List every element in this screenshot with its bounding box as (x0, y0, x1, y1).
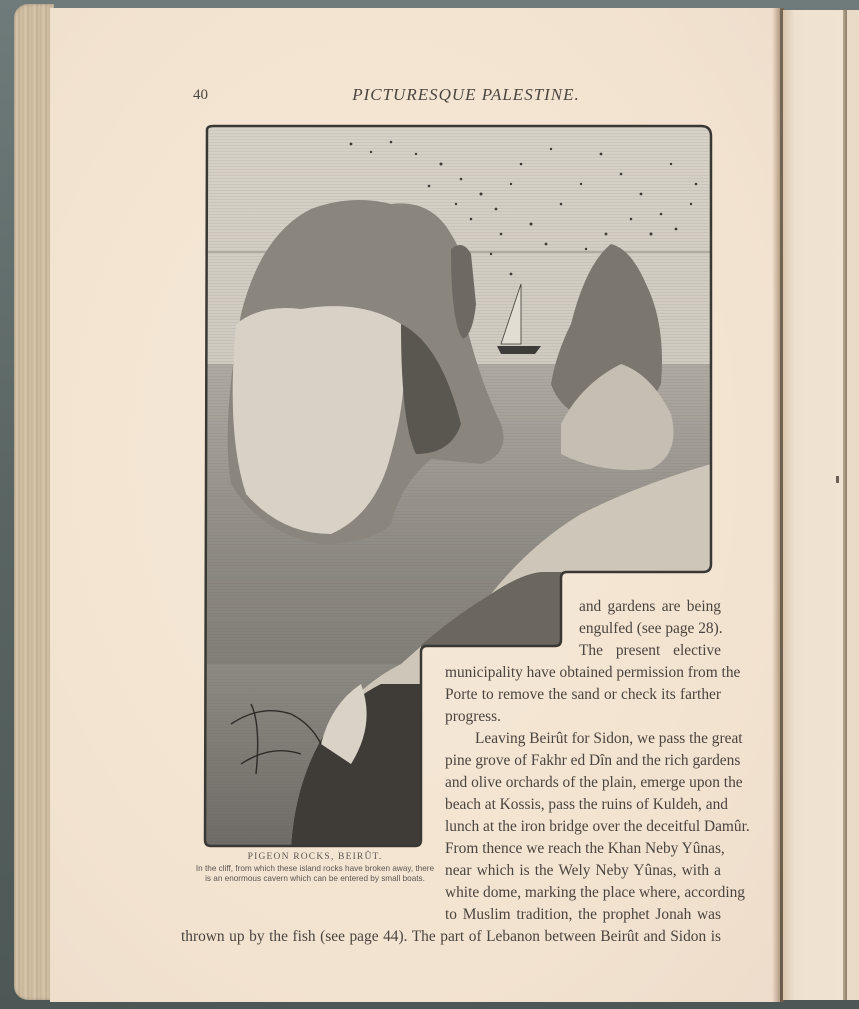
text-line: lunch at the iron bridge over the deceit… (445, 818, 721, 836)
page-block-edge (14, 4, 54, 1000)
text-line: engulfed (see page 28). (579, 620, 721, 638)
text-line: and gardens are being (579, 598, 721, 616)
facing-page-strip (847, 10, 859, 1000)
paper-speck (836, 476, 839, 483)
caption-line: In the cliff, from which these island ro… (180, 864, 450, 874)
text-line: near which is the Wely Neby Yûnas, with … (445, 862, 721, 880)
caption-title: PIGEON ROCKS, BEIRÛT. (180, 852, 450, 862)
text-line: progress. (445, 708, 501, 726)
text-line: and olive orchards of the plain, emerge … (445, 774, 721, 792)
text-line: municipality have obtained permission fr… (445, 664, 721, 682)
text-line: The present elective (579, 642, 721, 660)
text-line: white dome, marking the place where, acc… (445, 884, 721, 902)
caption-body: In the cliff, from which these island ro… (180, 864, 450, 884)
text-line: thrown up by the fish (see page 44). The… (181, 928, 721, 946)
text-line: From thence we reach the Khan Neby Yûnas… (445, 840, 721, 858)
text-line: to Muslim tradition, the prophet Jonah w… (445, 906, 721, 924)
running-title: PICTURESQUE PALESTINE. (185, 85, 707, 105)
figure-caption: PIGEON ROCKS, BEIRÛT. In the cliff, from… (180, 852, 450, 884)
running-head: 40 PICTURESQUE PALESTINE. (185, 85, 707, 107)
text-line: beach at Kossis, pass the ruins of Kulde… (445, 796, 721, 814)
text-line: pine grove of Fakhr ed Dîn and the rich … (445, 752, 721, 770)
text-line: Porte to remove the sand or check its fa… (445, 686, 721, 704)
text-line: Leaving Beirût for Sidon, we pass the gr… (475, 730, 721, 748)
caption-line: is an enormous cavern which can be enter… (180, 874, 450, 884)
facing-page-edge (783, 10, 843, 1000)
